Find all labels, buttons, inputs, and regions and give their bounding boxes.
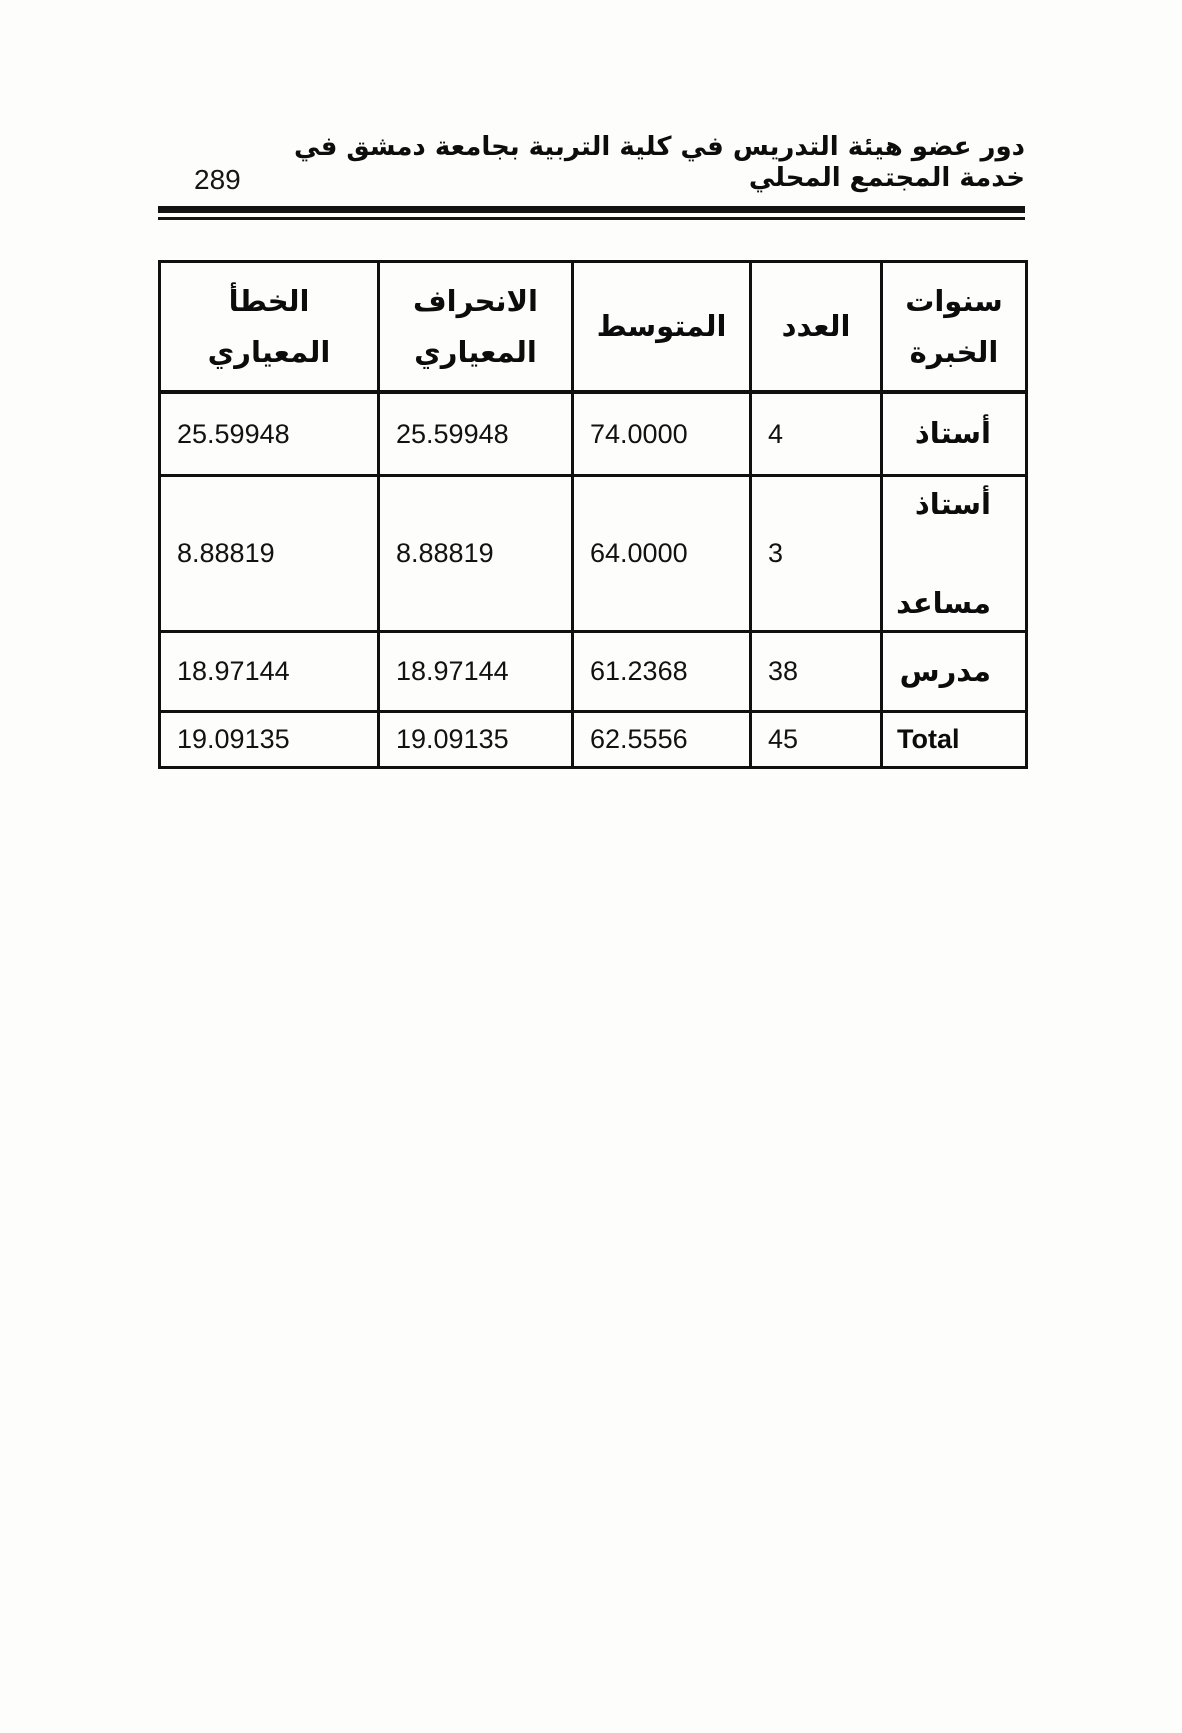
cell-mean: 64.0000 — [573, 476, 751, 632]
table-header-row: الخطأ المعياري الانحراف المعياري المتوسط… — [160, 262, 1027, 392]
cell-std-error: 25.59948 — [160, 392, 379, 476]
column-header-std-dev: الانحراف المعياري — [379, 262, 573, 392]
header-rule — [158, 206, 1025, 220]
cell-rank-label: أستاذ مساعد — [882, 476, 1027, 632]
page-content: 289 دور عضو هيئة التدريس في كلية التربية… — [158, 132, 1025, 769]
cell-count: 4 — [751, 392, 882, 476]
table-row-total: 19.09135 19.09135 62.5556 45 Total — [160, 712, 1027, 768]
cell-std-error: 19.09135 — [160, 712, 379, 768]
cell-mean: 62.5556 — [573, 712, 751, 768]
running-header: 289 دور عضو هيئة التدريس في كلية التربية… — [158, 132, 1025, 194]
column-header-std-error: الخطأ المعياري — [160, 262, 379, 392]
cell-total-label: Total — [882, 712, 1027, 768]
table-row-professor: 25.59948 25.59948 74.0000 4 أستاذ — [160, 392, 1027, 476]
cell-std-dev: 18.97144 — [379, 632, 573, 712]
cell-count: 3 — [751, 476, 882, 632]
cell-std-dev: 8.88819 — [379, 476, 573, 632]
table-row-lecturer: 18.97144 18.97144 61.2368 38 مدرس — [160, 632, 1027, 712]
cell-mean: 74.0000 — [573, 392, 751, 476]
column-header-experience: سنوات الخبرة — [882, 262, 1027, 392]
column-header-mean: المتوسط — [573, 262, 751, 392]
paper-page: 289 دور عضو هيئة التدريس في كلية التربية… — [0, 0, 1182, 1733]
cell-std-dev: 25.59948 — [379, 392, 573, 476]
cell-count: 38 — [751, 632, 882, 712]
table-row-assistant-professor: 8.88819 8.88819 64.0000 3 أستاذ مساعد — [160, 476, 1027, 632]
column-header-count: العدد — [751, 262, 882, 392]
page-number: 289 — [194, 166, 241, 194]
page-title: دور عضو هيئة التدريس في كلية التربية بجا… — [241, 132, 1025, 194]
cell-std-dev: 19.09135 — [379, 712, 573, 768]
cell-rank-label: مدرس — [882, 632, 1027, 712]
cell-mean: 61.2368 — [573, 632, 751, 712]
statistics-table: الخطأ المعياري الانحراف المعياري المتوسط… — [158, 260, 1028, 769]
cell-rank-label: أستاذ — [882, 392, 1027, 476]
cell-std-error: 8.88819 — [160, 476, 379, 632]
cell-std-error: 18.97144 — [160, 632, 379, 712]
cell-count: 45 — [751, 712, 882, 768]
